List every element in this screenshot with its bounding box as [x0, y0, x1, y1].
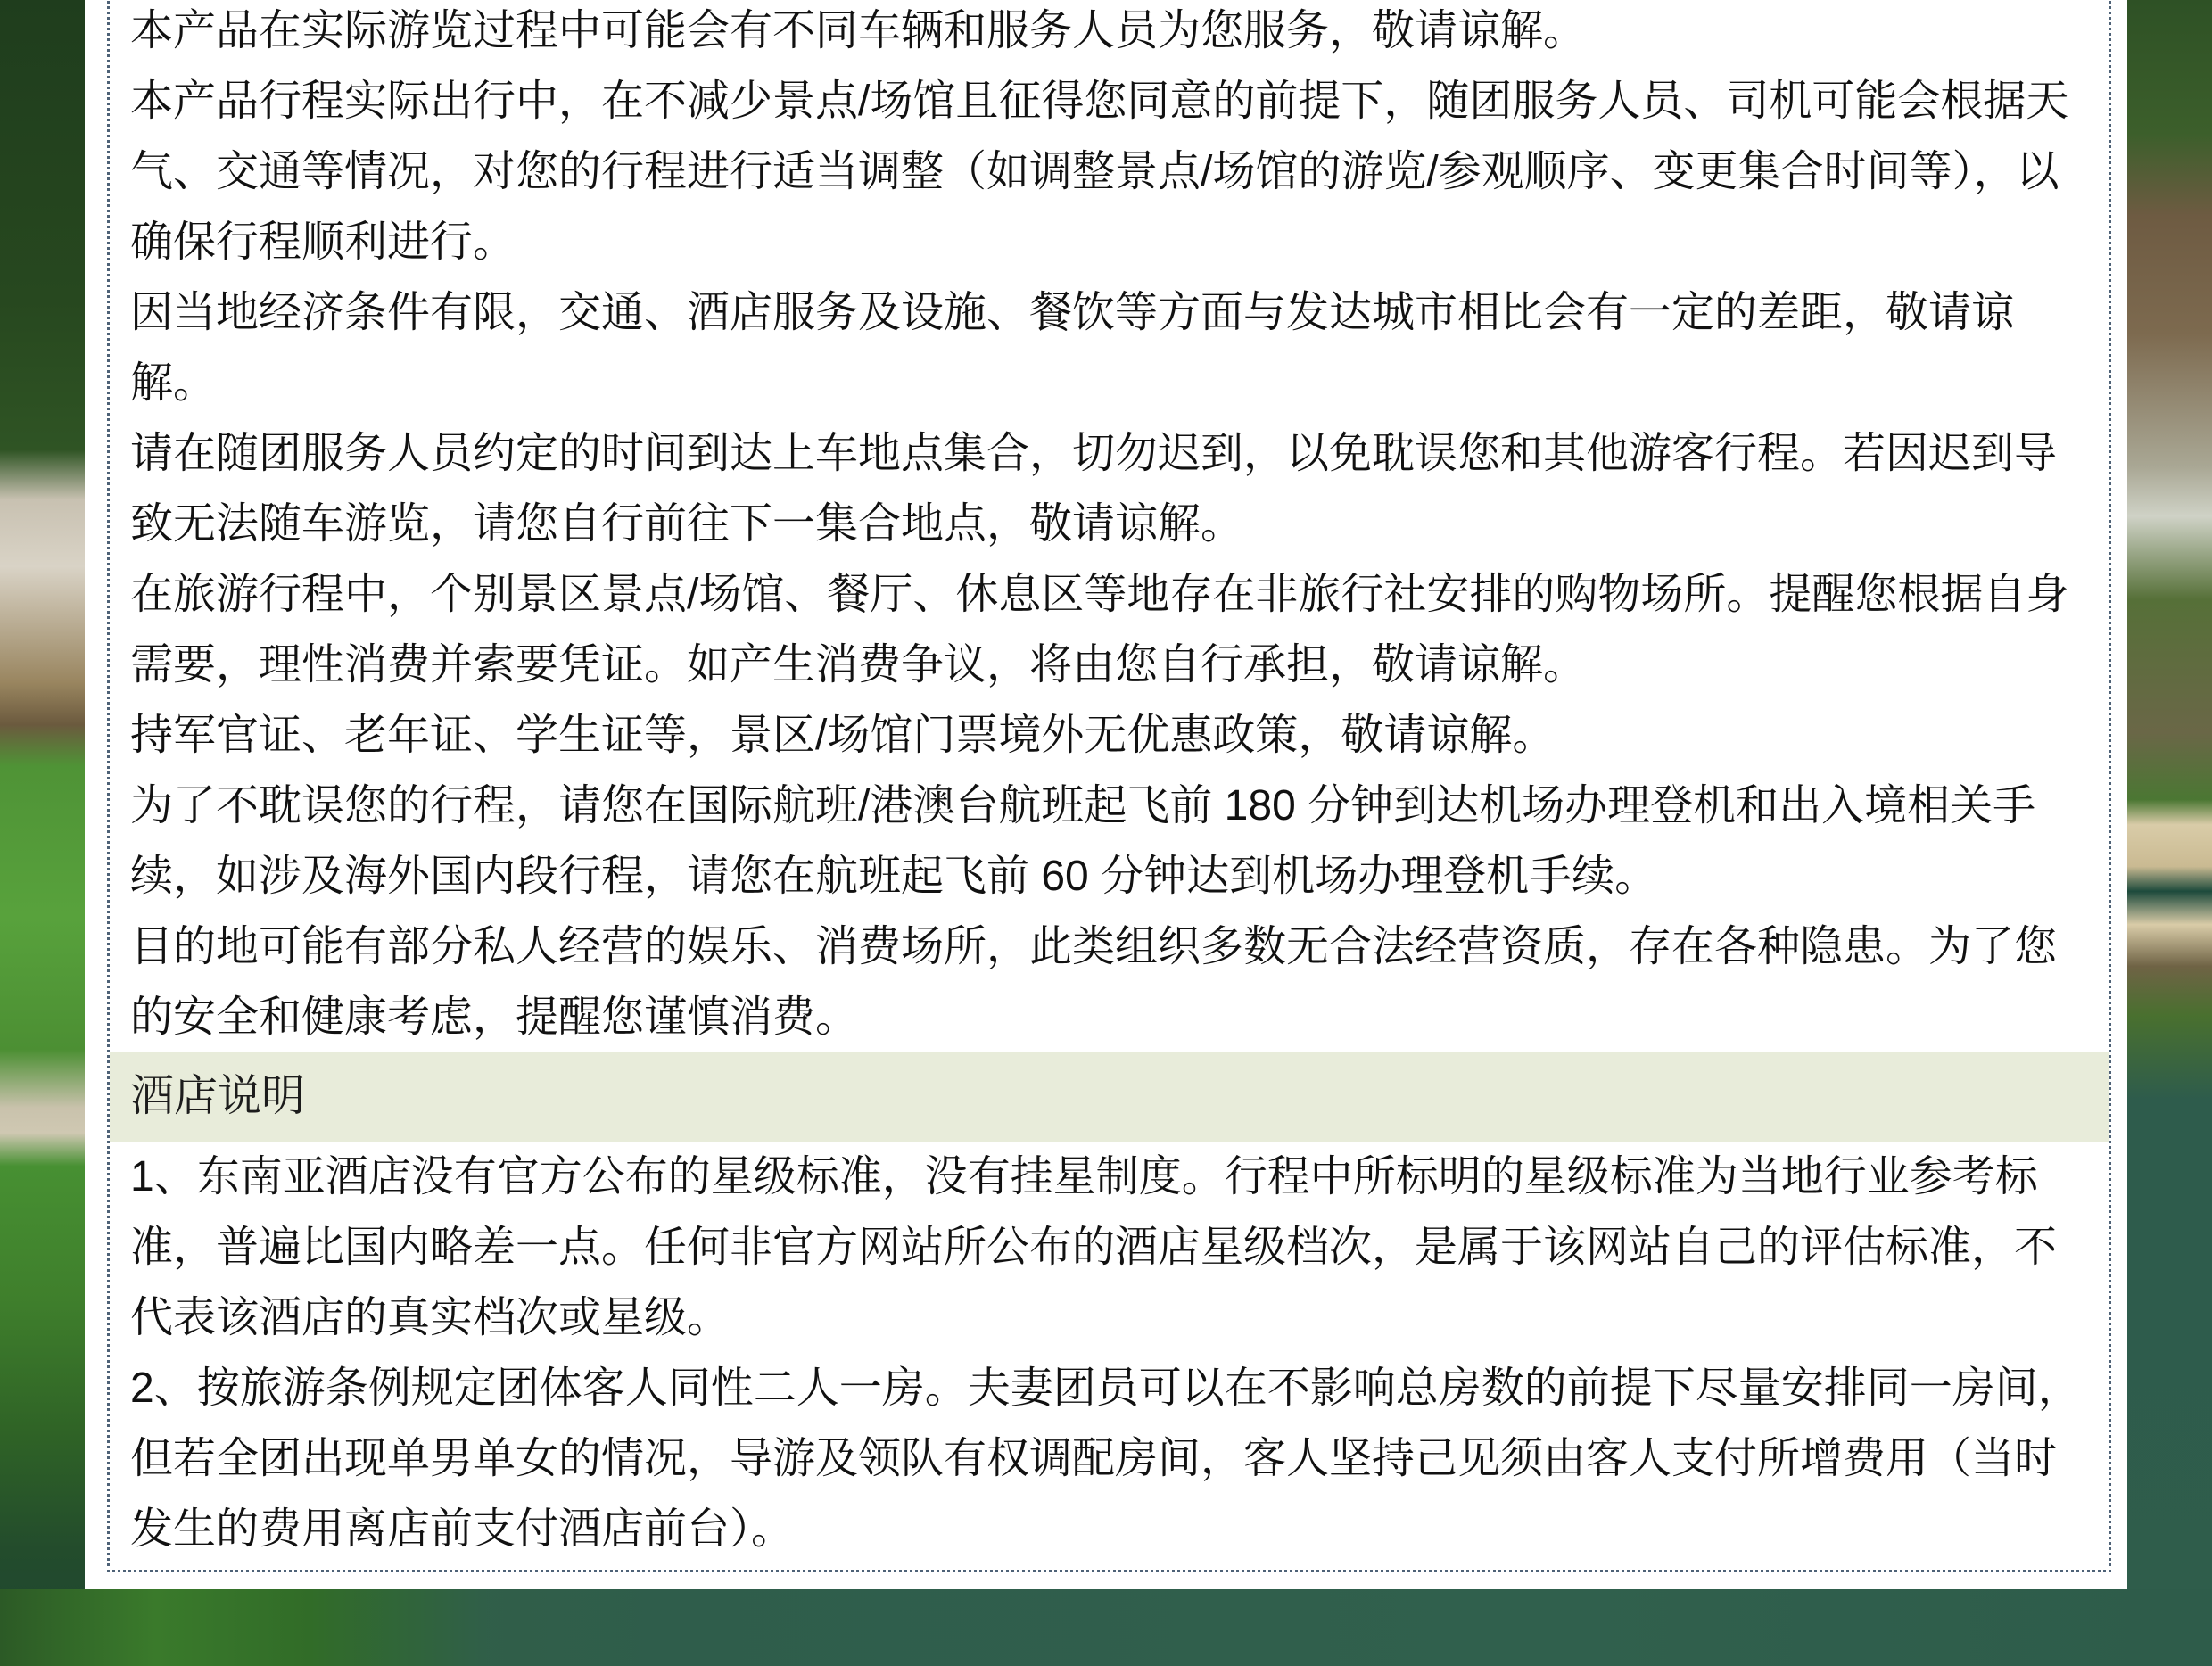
notice-paragraph: 1、东南亚酒店没有官方公布的星级标准，没有挂星制度。行程中所标明的星级标准为当地…	[130, 1142, 2091, 1353]
section-title: 酒店说明	[130, 1072, 305, 1120]
notice-paragraph: 本产品在实际游览过程中可能会有不同车辆和服务人员为您服务，敬请谅解。	[130, 0, 2091, 66]
notice-paragraph: 2、按旅游条例规定团体客人同性二人一房。夫妻团员可以在不影响总房数的前提下尽量安…	[130, 1353, 2091, 1564]
notice-paragraph: 在旅游行程中，个别景区景点/场馆、餐厅、休息区等地存在非旅行社安排的购物场所。提…	[130, 559, 2091, 700]
travel-notice-box: 本产品在实际游览过程中可能会有不同车辆和服务人员为您服务，敬请谅解。本产品行程实…	[107, 0, 2111, 1572]
hotel-notes-list: 1、东南亚酒店没有官方公布的星级标准，没有挂星制度。行程中所标明的星级标准为当地…	[110, 1142, 2109, 1564]
notice-paragraph: 因当地经济条件有限，交通、酒店服务及设施、餐饮等方面与发达城市相比会有一定的差距…	[130, 277, 2091, 418]
content-panel: 本产品在实际游览过程中可能会有不同车辆和服务人员为您服务，敬请谅解。本产品行程实…	[85, 0, 2127, 1589]
background-photo-left-strip	[0, 0, 85, 1666]
notice-paragraph: 持军官证、老年证、学生证等，景区/场馆门票境外无优惠政策，敬请谅解。	[130, 700, 2091, 771]
background-photo-bottom-strip	[0, 1589, 2212, 1666]
background-photo-right-strip	[2127, 0, 2212, 1666]
general-notices-list: 本产品在实际游览过程中可能会有不同车辆和服务人员为您服务，敬请谅解。本产品行程实…	[110, 0, 2109, 1052]
notice-paragraph: 本产品行程实际出行中，在不减少景点/场馆且征得您同意的前提下，随团服务人员、司机…	[130, 66, 2091, 277]
section-header-hotel-notes: 酒店说明	[110, 1052, 2109, 1142]
notice-paragraph: 请在随团服务人员约定的时间到达上车地点集合，切勿迟到，以免耽误您和其他游客行程。…	[130, 418, 2091, 559]
notice-paragraph: 为了不耽误您的行程，请您在国际航班/港澳台航班起飞前 180 分钟到达机场办理登…	[130, 771, 2091, 911]
notice-paragraph: 目的地可能有部分私人经营的娱乐、消费场所，此类组织多数无合法经营资质，存在各种隐…	[130, 911, 2091, 1052]
